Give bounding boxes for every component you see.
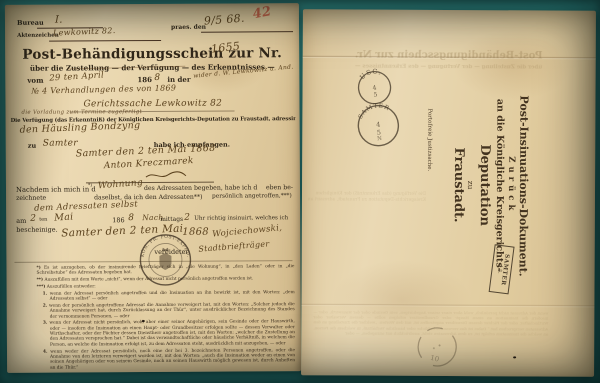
bleedthrough-body: Die Verfügung (das Erkenntniß) der König… [306, 191, 426, 204]
vom-label: vom [27, 76, 43, 85]
footnote3-marker: ***) [37, 285, 46, 290]
nachdem-line1b: des Adressaten begeben, habe ich d [144, 184, 257, 192]
document-photo: Bureau I. praes. den 9/5 68. 42 Aktenzei… [0, 0, 600, 383]
svg-text:5: 5 [377, 128, 382, 136]
ten-label: ten [39, 217, 47, 223]
bescheinige-label: bescheinige. [16, 226, 57, 234]
nachdem-line2c: persönlich angetroffen,***) [212, 193, 292, 199]
uhr-line: Uhr richtig insinuirt, welches ich [194, 215, 288, 222]
footnote-item-no: 1. [43, 291, 48, 296]
am-label: am [16, 217, 26, 225]
nachdem-line1a: Nachdem ich mich in d [16, 185, 96, 193]
footnote-item-no: 4. [43, 349, 48, 354]
svg-text:N: N [377, 136, 383, 142]
boxed-postmark-date: 4 5. [496, 264, 502, 274]
svg-text:10: 10 [429, 354, 439, 364]
address-line-5: zu [465, 95, 476, 275]
year-digit-2-handwriting: 8 [128, 213, 134, 223]
month-handwriting: Mai [54, 211, 74, 223]
adressaten-selbst-handwriting: dem Adressaten selbst [34, 199, 138, 213]
interline-handwriting: die Vorladung zum Termine zugefertigt [22, 109, 143, 116]
faint-circular-postmark-icon: 10 [411, 321, 463, 373]
year-prefix: 186 [137, 75, 152, 84]
svg-text:5: 5 [373, 91, 378, 98]
ink-speck [513, 356, 516, 358]
year-prefix-2: 186 [112, 216, 124, 224]
footnote1-marker: *) [36, 266, 40, 271]
circular-postmark-samter-icon: SAMTER 4 5 N [352, 100, 404, 152]
vom-date-handwriting: 29 ten April [49, 70, 104, 83]
year-digit-handwriting: 8 [154, 73, 160, 83]
ink-speck [142, 320, 145, 322]
footnote2-marker: **) [37, 278, 44, 283]
receipt-place-date-handwriting: Samter den 2 ten Mai 1868 [76, 143, 216, 160]
footnote-item-no: 2. [43, 304, 48, 309]
signature-flourish-icon [144, 171, 188, 180]
zu-place-handwriting: Samter [43, 138, 78, 148]
fold-crease [301, 303, 594, 308]
footnote-item-text: wenn weder der Adressat persönlich, noch… [50, 348, 295, 370]
zu-label: zu [28, 142, 36, 150]
footnotes-block: *) Es ist anzugeben, ob der insinuirende… [36, 264, 295, 372]
receipt-signature-handwriting: Anton Kreczmarek [104, 156, 194, 171]
brieftraeger-handwriting: Stadtbriefträger [198, 239, 270, 253]
postman-signature-handwriting: Wojciechowski, [212, 223, 283, 240]
footnote-item-text: wenn der Adressat persönlich angetroffen… [50, 290, 295, 302]
case-line2-handwriting: № 4 Verhandlungen des von 1869 [31, 83, 176, 95]
bureau-value-handwriting: I. [55, 15, 63, 26]
address-line-4: Deputation [475, 95, 493, 275]
return-address-block: Post-Insinuations-Dokument. Zurück an di… [430, 95, 531, 276]
case-line3-handwriting: Gerichtssache Lewkowitz 82 [83, 99, 222, 110]
left-page: Bureau I. praes. den 9/5 68. 42 Aktenzei… [5, 3, 301, 373]
nachdem-place-handwriting: Wohnung [98, 178, 144, 191]
nachdem-line1c: eben be- [266, 184, 293, 191]
footnote-item-text: wenn der persönlich angetroffene Adressa… [49, 302, 295, 319]
footnote1-text: Es ist anzugeben, ob der insinuirende Br… [37, 264, 295, 276]
nachdem-line2a: zeichnete [16, 195, 46, 202]
day-handwriting: 2 [30, 214, 36, 224]
page-title: Post-Behändigungsschein zur Nr. [5, 45, 299, 63]
right-page: Post-Behändigungsschein zur Nr. über die… [301, 9, 596, 377]
svg-text:SAMTER: SAMTER [356, 101, 392, 120]
address-line-1: Post-Insinuations-Dokument. [515, 95, 530, 275]
footnote-item-text: wenn der Adressat nicht persönlich, wohl… [49, 320, 295, 348]
footnote-star-ref: *) [88, 183, 92, 188]
footnote-item-no: 3. [43, 321, 48, 326]
footnote3-text: Auszufüllen entweder: [47, 284, 96, 289]
address-line-6: Fraustadt. [448, 95, 466, 275]
hour-handwriting: 2 [184, 213, 190, 223]
bleedthrough-title: Post-Behändigungsschein zur Nr. [313, 49, 585, 61]
footnote2-text: Auszufüllen mit dem Worte „nicht“, wenn … [44, 277, 253, 283]
